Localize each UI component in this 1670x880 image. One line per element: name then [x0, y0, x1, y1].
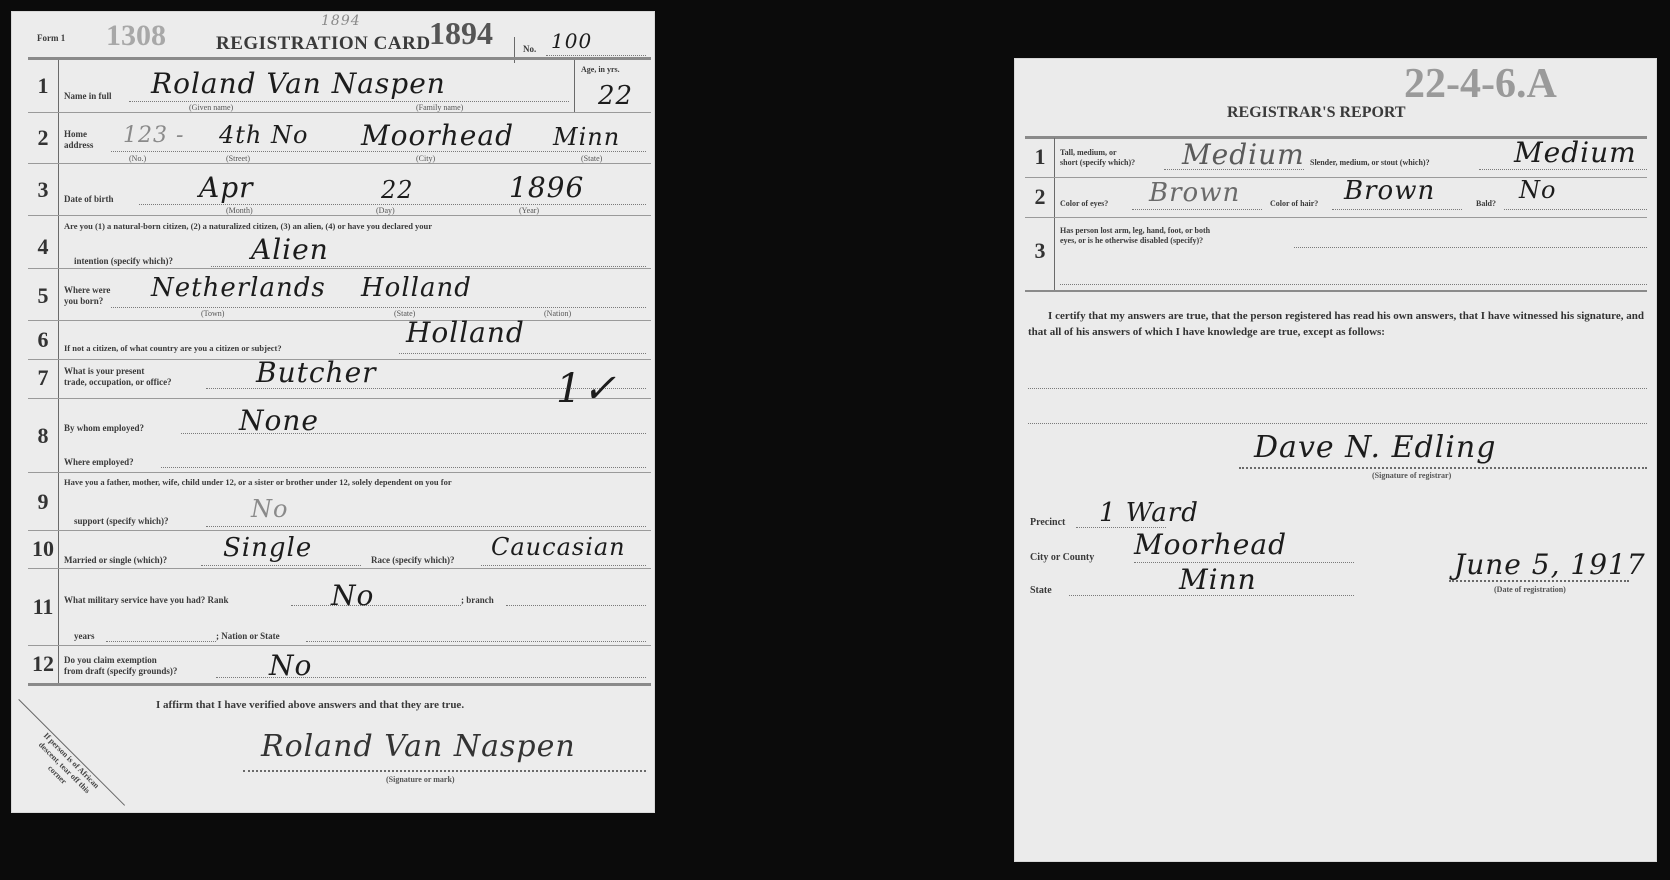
field-label: Home	[64, 129, 87, 139]
footer-rule	[28, 683, 651, 686]
birth-state: Holland	[361, 273, 472, 303]
no-label: No.	[523, 44, 536, 54]
dotted-line	[1060, 284, 1647, 285]
row-number: 1	[28, 73, 58, 99]
corner-note: If person is of African descent, tear of…	[24, 728, 103, 807]
registrar-signature: Dave N. Edling	[1254, 430, 1496, 465]
field-label: short (specify which)?	[1060, 158, 1135, 167]
exceptions-line	[1028, 423, 1647, 424]
build-value: Medium	[1514, 136, 1637, 169]
field-caption: (Given name)	[189, 103, 233, 112]
field-caption: (State)	[581, 154, 602, 163]
city-value: Moorhead	[1134, 528, 1287, 561]
field-caption: (Month)	[226, 206, 253, 215]
field-label: Do you claim exemption	[64, 655, 157, 665]
field-label: Where employed?	[64, 457, 134, 467]
dotted-line	[201, 565, 361, 566]
field-label: support (specify which)?	[74, 516, 169, 526]
field-label: Race (specify which)?	[371, 555, 454, 565]
registrant-signature: Roland Van Naspen	[261, 729, 576, 764]
eye-color-value: Brown	[1149, 178, 1240, 208]
registration-card: Form 1 1308 REGISTRATION CARD 1894 1894 …	[11, 11, 655, 813]
height-value: Medium	[1182, 138, 1305, 171]
dotted-line	[506, 605, 646, 606]
dotted-line	[1294, 247, 1647, 248]
birth-town: Netherlands	[151, 273, 326, 303]
certification-text: I certify that my answers are true, that…	[1028, 308, 1644, 340]
row-divider	[1025, 217, 1647, 218]
form-label: Form 1	[37, 33, 65, 43]
registrar-signature-caption: (Signature of registrar)	[1372, 471, 1451, 480]
row-number: 11	[28, 594, 58, 620]
dotted-line	[206, 526, 646, 527]
registration-date: June 5, 1917	[1454, 548, 1646, 581]
field-caption: (Town)	[201, 309, 224, 318]
row-number: 8	[28, 423, 58, 449]
row-divider	[1025, 290, 1647, 292]
age-value: 22	[598, 81, 633, 111]
dotted-line	[546, 55, 646, 56]
marital-status-value: Single	[223, 533, 312, 563]
report-title: REGISTRAR'S REPORT	[1227, 104, 1406, 122]
row-divider	[28, 645, 651, 646]
bald-value: No	[1519, 176, 1556, 204]
birth-year: 1896	[509, 171, 584, 204]
precinct-label: Precinct	[1030, 517, 1065, 528]
dotted-line	[481, 565, 646, 566]
row-number: 3	[1025, 238, 1055, 264]
field-label: trade, occupation, or office?	[64, 377, 172, 387]
dotted-line	[1132, 209, 1262, 210]
dotted-line	[306, 641, 646, 642]
dependents-value: No	[251, 495, 288, 523]
dotted-line	[399, 353, 646, 354]
employer-value: None	[239, 404, 319, 437]
dotted-line	[1479, 169, 1647, 170]
dotted-line	[1332, 209, 1462, 210]
address-street: 4th No	[219, 121, 308, 149]
field-label: Tall, medium, or	[1060, 148, 1117, 157]
row-number: 6	[28, 327, 58, 353]
occupation-value: Butcher	[256, 356, 377, 389]
field-label: from draft (specify grounds)?	[64, 666, 177, 676]
row-number: 2	[28, 125, 58, 151]
name-value: Roland Van Naspen	[151, 67, 446, 100]
field-label: Color of hair?	[1270, 199, 1318, 208]
field-label: Bald?	[1476, 199, 1496, 208]
birth-day: 22	[381, 176, 414, 204]
row-divider	[28, 530, 651, 531]
exceptions-line	[1028, 388, 1647, 389]
address-number: 123 -	[123, 123, 184, 148]
field-caption: (Nation)	[544, 309, 571, 318]
field-caption: (Street)	[226, 154, 250, 163]
header-rule	[28, 57, 651, 60]
signature-line	[1239, 467, 1647, 469]
row-number: 4	[28, 234, 58, 260]
hair-color-value: Brown	[1344, 176, 1435, 206]
signature-caption: (Signature or mark)	[386, 775, 455, 784]
row-number: 9	[28, 489, 58, 515]
field-caption: (Day)	[376, 206, 395, 215]
age-column-border	[574, 60, 575, 112]
row-divider	[28, 472, 651, 473]
row-number: 2	[1025, 184, 1055, 210]
field-label: Has person lost arm, leg, hand, foot, or…	[1060, 226, 1210, 235]
precinct-value: 1 Ward	[1099, 498, 1199, 528]
age-label: Age, in yrs.	[581, 65, 620, 74]
field-label: If not a citizen, of what country are yo…	[64, 343, 282, 353]
dotted-line	[129, 101, 569, 102]
dotted-line	[139, 204, 646, 205]
row-number: 5	[28, 283, 58, 309]
field-label: By whom employed?	[64, 423, 144, 433]
row-divider	[28, 320, 651, 321]
dotted-line	[291, 605, 461, 606]
field-label: intention (specify which)?	[74, 256, 173, 266]
dotted-line	[111, 307, 646, 308]
registrars-report: 22-4-6.A REGISTRAR'S REPORT 1 Tall, medi…	[1014, 58, 1657, 862]
field-label: eyes, or is he otherwise disabled (speci…	[1060, 236, 1203, 245]
birth-month: Apr	[199, 171, 254, 204]
row-divider	[28, 112, 651, 113]
row-divider	[28, 268, 651, 269]
field-label: Name in full	[64, 91, 112, 101]
field-label: Date of birth	[64, 194, 114, 204]
row-number: 3	[28, 177, 58, 203]
field-label: ; Nation or State	[216, 631, 280, 641]
dotted-line	[211, 266, 646, 267]
field-caption: (Family name)	[416, 103, 463, 112]
field-label: address	[64, 140, 93, 150]
field-label: ; branch	[461, 595, 494, 605]
signature-line	[243, 770, 646, 772]
address-city: Moorhead	[361, 119, 514, 152]
date-line	[1449, 580, 1629, 582]
address-state: Minn	[553, 123, 620, 151]
field-label: Where were	[64, 285, 110, 295]
field-caption: (No.)	[129, 154, 146, 163]
row-divider	[28, 163, 651, 164]
number-column-border	[58, 60, 59, 684]
report-stamp: 22-4-6.A	[1404, 60, 1557, 108]
citizenship-country: Holland	[406, 316, 525, 349]
dotted-line	[1504, 209, 1647, 210]
military-rank-value: No	[331, 579, 374, 612]
field-label: Slender, medium, or stout (which)?	[1310, 158, 1430, 167]
date-caption: (Date of registration)	[1494, 585, 1566, 594]
dotted-line	[161, 467, 646, 468]
order-number-stamp: 1894	[429, 15, 493, 52]
field-label: Have you a father, mother, wife, child u…	[64, 477, 452, 487]
field-label: Color of eyes?	[1060, 199, 1108, 208]
row-number: 1	[1025, 144, 1055, 170]
row-divider	[28, 215, 651, 216]
field-label: What military service have you had? Rank	[64, 595, 229, 605]
race-value: Caucasian	[491, 533, 626, 561]
field-label: Are you (1) a natural-born citizen, (2) …	[64, 221, 432, 231]
state-value: Minn	[1179, 563, 1257, 596]
field-label: you born?	[64, 296, 103, 306]
field-label: What is your present	[64, 366, 144, 376]
card-title: REGISTRATION CARD	[216, 33, 431, 55]
no-value: 100	[551, 29, 592, 53]
exemption-value: No	[269, 649, 312, 682]
field-caption: (City)	[416, 154, 435, 163]
serial-stamp: 1308	[106, 19, 166, 53]
row-number: 10	[28, 536, 58, 562]
dotted-line	[106, 641, 216, 642]
field-caption: (Year)	[519, 206, 539, 215]
row-number: 12	[28, 651, 58, 677]
field-label: years	[74, 631, 95, 641]
order-number-handwritten: 1894	[321, 13, 361, 29]
row-number: 7	[28, 365, 58, 391]
check-mark: 1✓	[556, 366, 617, 412]
citizenship-value: Alien	[251, 233, 329, 266]
field-label: Married or single (which)?	[64, 555, 167, 565]
city-label: City or County	[1030, 552, 1094, 563]
row-divider	[28, 568, 651, 569]
affirmation-text: I affirm that I have verified above answ…	[156, 699, 464, 711]
state-label: State	[1030, 585, 1052, 596]
